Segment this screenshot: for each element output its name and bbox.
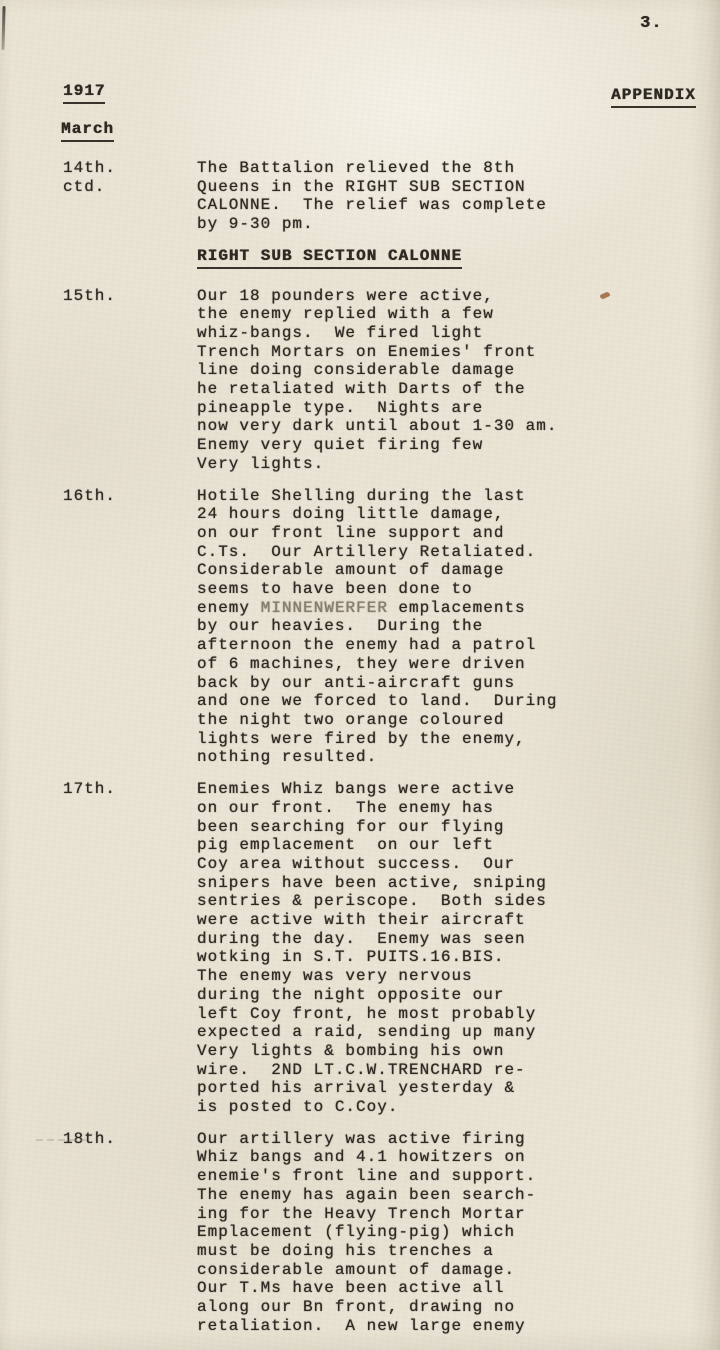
entry-date: 16th. <box>63 487 197 768</box>
diary-entry: 16th. Hotile Shelling during the last 24… <box>63 487 653 768</box>
year-label: 1917 <box>63 82 105 104</box>
entry-text: Enemies Whiz bangs were active on our fr… <box>197 780 653 1117</box>
entry-text: Hotile Shelling during the last 24 hours… <box>197 487 653 768</box>
faint-pencil-mark <box>36 1139 90 1141</box>
page-number: 3. <box>640 15 662 34</box>
diary-entry: 17th. Enemies Whiz bangs were active on … <box>63 780 653 1117</box>
month-label-text: March <box>61 120 114 142</box>
diary-entry: 18th. Our artillery was active firing Wh… <box>63 1130 653 1336</box>
month-label: March <box>61 120 114 142</box>
overtyped-word: MINNENWERFER <box>261 599 388 617</box>
entry-date: 17th. <box>63 780 197 1117</box>
entry-date: 14th. ctd. <box>63 159 197 234</box>
section-heading-text: RIGHT SUB SECTION CALONNE <box>197 247 462 269</box>
year-label-text: 1917 <box>63 82 105 104</box>
entry-text: The Battalion relieved the 8th Queens in… <box>197 159 653 234</box>
section-heading: RIGHT SUB SECTION CALONNE <box>197 247 653 269</box>
appendix-label: APPENDIX <box>611 86 696 108</box>
entry-text: Our artillery was active firing Whiz ban… <box>197 1130 653 1336</box>
war-diary-page: 3. 1917 APPENDIX March 14th. ctd. The Ba… <box>0 0 720 1350</box>
scan-edge-ink-mark <box>1 6 5 50</box>
diary-entry: 14th. ctd. The Battalion relieved the 8t… <box>63 159 653 234</box>
entry-date: 15th. <box>63 287 197 474</box>
entry-text: Our 18 pounders were active, the enemy r… <box>197 287 653 474</box>
diary-entries: 14th. ctd. The Battalion relieved the 8t… <box>63 159 653 1335</box>
appendix-label-text: APPENDIX <box>611 86 696 108</box>
entry-date: 18th. <box>63 1130 197 1336</box>
diary-entry: 15th. Our 18 pounders were active, the e… <box>63 287 653 474</box>
